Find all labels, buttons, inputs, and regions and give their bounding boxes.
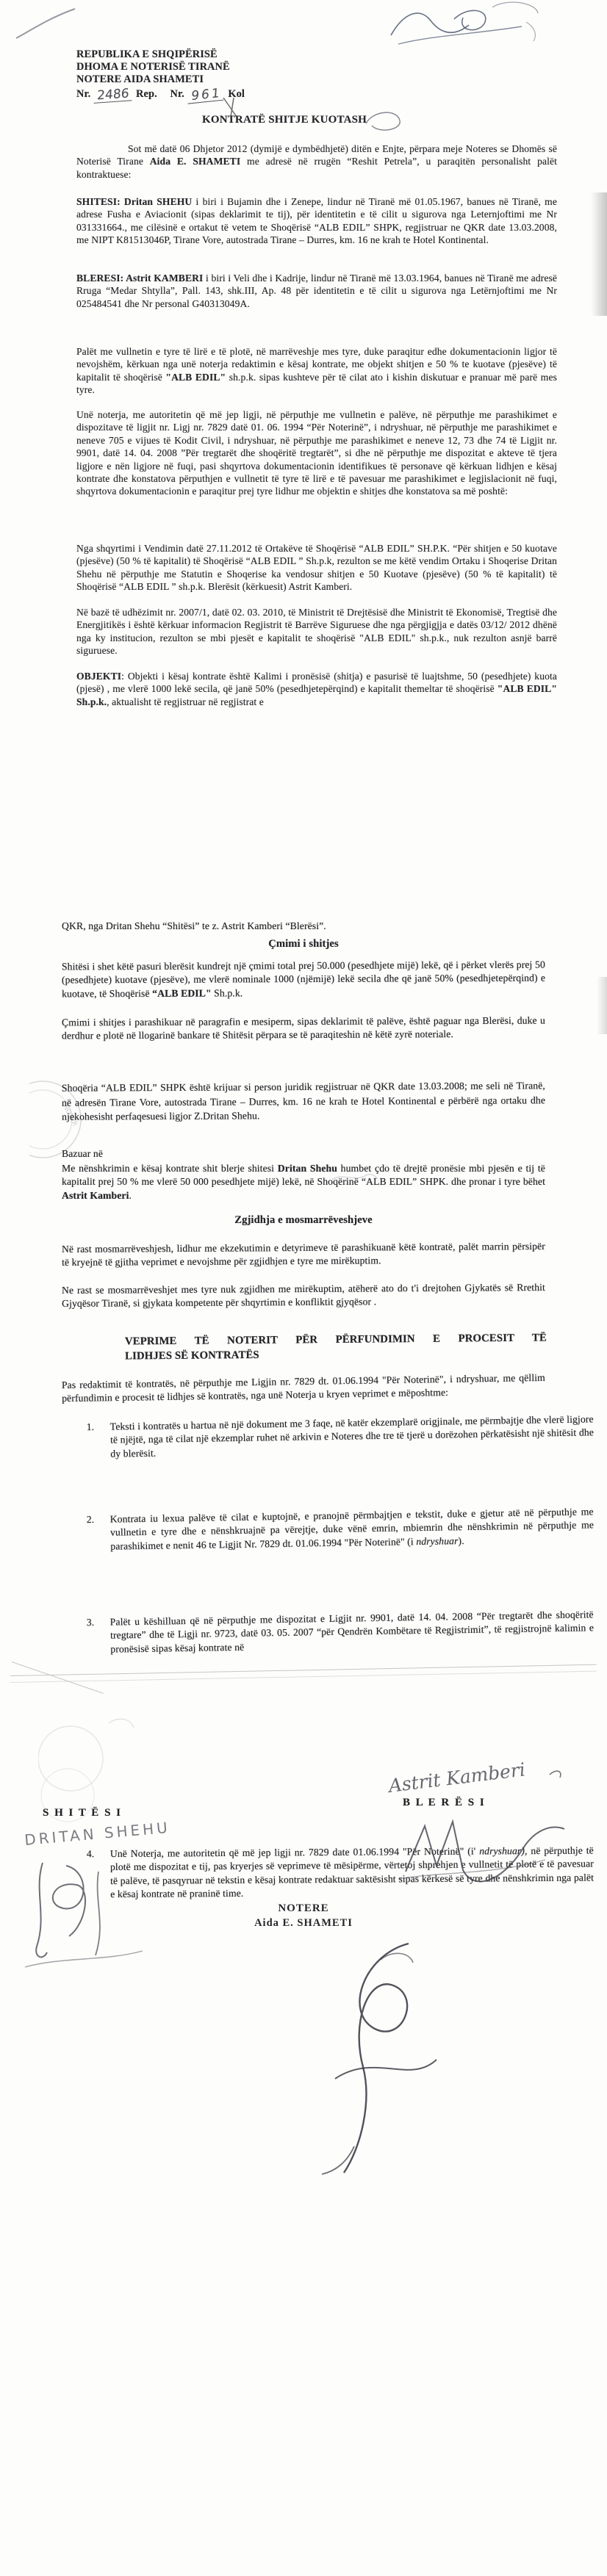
kol-number-handwritten: 961 xyxy=(187,87,224,104)
parties-will-paragraph: Palët me vullnetin e tyre të lirë e të p… xyxy=(76,345,557,397)
buyer-signature: Astrit Kamberi xyxy=(376,1761,589,1901)
header-annotation-scribble xyxy=(382,0,558,55)
notary-signature xyxy=(292,1926,461,2190)
notary-actions-heading: VEPRIME TË NOTERIT PËR PËRFUNDIMIN E PRO… xyxy=(125,1330,547,1363)
list-item-2-number: 2. xyxy=(87,1513,95,1526)
list-item-3-number: 3. xyxy=(87,1616,95,1629)
rep-number-handwritten: 2486 xyxy=(94,87,133,104)
intro-paragraph: Sot më datë 06 Dhjetor 2012 (dymijë e dy… xyxy=(76,142,557,181)
dispute-resolution-heading: Zgjidhja e mosmarrëveshjeve xyxy=(62,1213,545,1227)
based-on-label: Bazuar në xyxy=(62,1147,545,1161)
seller-paragraph: SHITESI: Dritan SHEHU i biri i Bujamin d… xyxy=(76,195,557,247)
object-paragraph: OBJEKTI: Objekti i kësaj kontrate është … xyxy=(76,670,557,708)
dispute-paragraph-2: Ne rast se mosmarrëveshjet mes tyre nuk … xyxy=(62,1281,545,1311)
seller-handwritten-name: DRITAN SHEHU xyxy=(24,1820,170,1849)
list-item-1-number: 1. xyxy=(87,1421,95,1434)
corner-pen-stroke xyxy=(12,4,82,45)
after-drafting-paragraph: Pas redaktimit të kontratës, në përputhj… xyxy=(62,1371,545,1406)
registry-number-row: Nr.2486Rep. Nr.961Kol xyxy=(76,87,557,101)
republic-line: REPUBLIKA E SHQIPËRISË xyxy=(76,48,557,61)
notary-label: NOTERE xyxy=(184,1902,423,1915)
seller-label: S H I T Ë S I xyxy=(43,1807,122,1819)
buyer-paragraph: BLERESI: Astrit KAMBERI i biri i Veli dh… xyxy=(76,272,557,310)
price-paid-paragraph: Çmimi i shitjes i parashikuar në paragra… xyxy=(62,1014,545,1043)
list-item-2-text: Kontrata iu lexua palëve të cilat e kupt… xyxy=(110,1506,594,1551)
buyer-handwritten-name: Astrit Kamberi xyxy=(386,1761,526,1797)
dispute-paragraph-1: Në rast mosmarrëveshjesh, lidhur me ekze… xyxy=(62,1240,545,1270)
page2-continuation-line: QKR, nga Dritan Shehu “Shitësi” te z. As… xyxy=(62,920,545,933)
sale-price-heading: Çmimi i shitjes xyxy=(62,937,545,950)
page-fold-line-secondary xyxy=(10,1671,597,1683)
page-fold-line xyxy=(10,1664,597,1676)
notary-line: NOTERE AIDA SHAMETI xyxy=(76,73,557,86)
seller-signature: DRITAN SHEHU xyxy=(18,1820,201,1974)
kol-nr-prefix: Nr. xyxy=(170,88,184,100)
list-item-3-text: Palët u këshilluan që në përputhje me di… xyxy=(110,1609,594,1654)
scan-shadow-right-page1 xyxy=(591,192,607,316)
price-paragraph: Shitësi i shet këtë pasuri blerësit kund… xyxy=(62,959,545,1001)
encumbrance-register-paragraph: Në bazë të udhëzimit nr. 2007/1, datë 02… xyxy=(76,606,557,657)
notary-authority-paragraph: Unë noterja, me autoritetin që më jep li… xyxy=(76,408,557,498)
contract-title: KONTRATË SHITJE KUOTASH xyxy=(76,114,557,126)
list-item-1: 1. Teksti i kontratës u hartua në një do… xyxy=(62,1413,595,1461)
scan-shadow-right-page2 xyxy=(597,977,607,1034)
list-item-2: 2. Kontrata iu lexua palëve të cilat e k… xyxy=(62,1505,595,1554)
chamber-line: DHOMA E NOTERISË TIRANË xyxy=(76,61,557,73)
list-item-1-text: Teksti i kontratës u hartua në një dokum… xyxy=(110,1413,594,1459)
list-item-3: 3. Palët u këshilluan që në përputhje me… xyxy=(62,1608,595,1656)
page-corner-edge xyxy=(12,1662,104,1694)
rep-nr-prefix: Nr. xyxy=(76,88,90,100)
title-scribble xyxy=(362,107,403,131)
ownership-transfer-paragraph: Me nënshkrimin e kësaj kontrate shit ble… xyxy=(62,1162,545,1202)
notary-actions-heading-line2: LIDHJES SË KONTRATËS xyxy=(125,1345,547,1363)
company-registration-paragraph: Shoqëria “ALB EDIL” SHPK është krijuar s… xyxy=(62,1078,545,1124)
scanned-notary-contract: REPUBLIKA E SHQIPËRISË DHOMA E NOTERISË … xyxy=(0,0,607,2576)
rep-label: Rep. xyxy=(136,88,157,100)
shareholders-decision-paragraph: Nga shqyrtimi i Vendimin datë 27.11.2012… xyxy=(76,542,557,594)
letterhead: REPUBLIKA E SHQIPËRISË DHOMA E NOTERISË … xyxy=(76,48,557,101)
